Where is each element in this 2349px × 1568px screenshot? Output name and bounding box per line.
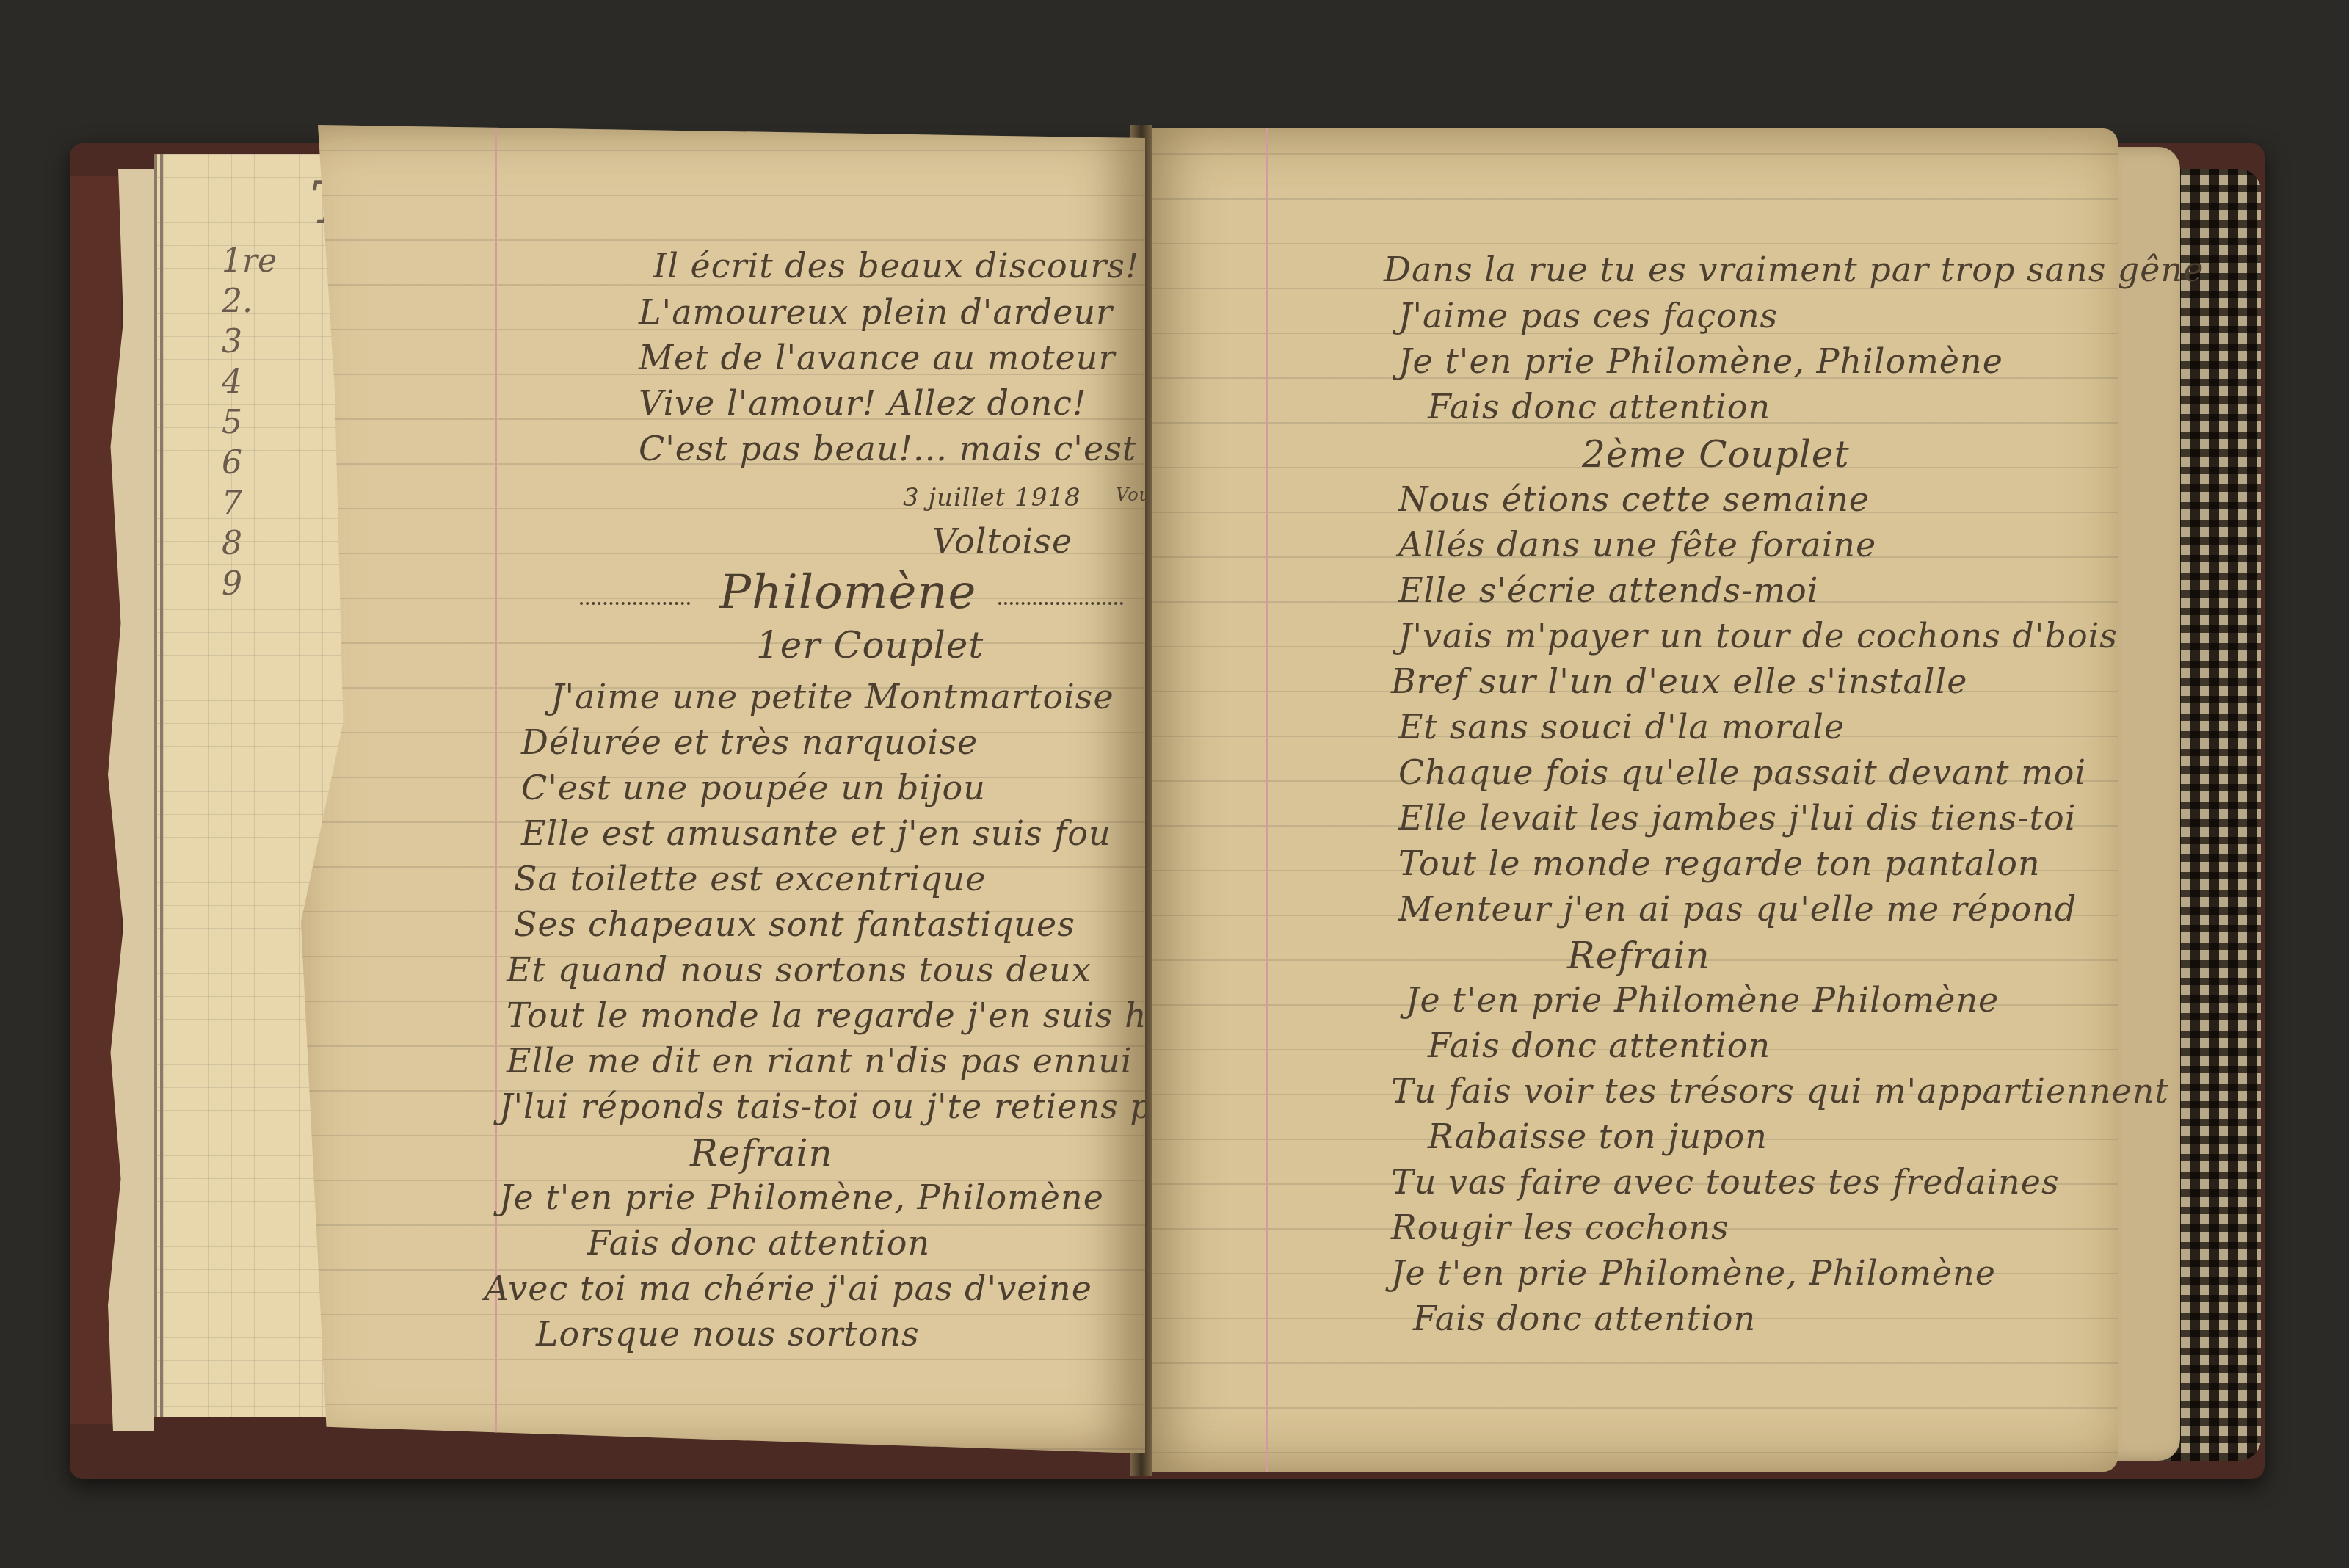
verse-line: Ses chapeaux sont fantastiques: [514, 904, 1075, 944]
verse-line: Bref sur l'un d'eux elle s'installe: [1391, 661, 1968, 701]
index-number: 8: [222, 525, 242, 562]
refrain-line: Avec toi ma chérie j'ai pas d'veine: [484, 1268, 1092, 1308]
verse-line: Nous étions cette semaine: [1398, 479, 1870, 519]
refrain-line: Je t'en prie Philomène Philomène: [1406, 980, 1999, 1020]
refrain-line: Rougir les cochons: [1391, 1208, 1729, 1247]
verse-heading: 1er Couplet: [756, 624, 984, 667]
margin-line: [495, 125, 497, 1453]
verse-line: Et quand nous sortons tous deux: [507, 950, 1092, 990]
verse-line: Délurée et très narquoise: [521, 722, 978, 762]
verse-line: Menteur j'en ai pas qu'elle me répond: [1398, 889, 2077, 929]
text-line: Fais donc attention: [1428, 387, 1771, 427]
verse-line: Elle est amusante et j'en suis fou: [521, 813, 1111, 853]
verse-heading: 2ème Couplet: [1582, 433, 1850, 476]
index-number: 3: [222, 323, 242, 360]
refrain-heading: Refrain: [1567, 934, 1710, 977]
verse-line: Et sans souci d'la morale: [1398, 707, 1845, 747]
left-page: Il écrit des beaux discours! L'amoureux …: [301, 125, 1145, 1453]
signature: Voltoise: [932, 521, 1072, 561]
text-line: Vive l'amour! Allez donc!: [639, 383, 1087, 423]
title-flourish-left: [580, 602, 690, 605]
verse-line: J'vais m'payer un tour de cochons d'bois: [1398, 616, 2118, 656]
text-line: J'aime pas ces façons: [1398, 296, 1778, 335]
margin-line: [1266, 128, 1268, 1472]
verse-line: Elle levait les jambes j'lui dis tiens-t…: [1398, 798, 2076, 838]
right-page: Dans la rue tu es vraiment par trop sans…: [1141, 128, 2118, 1472]
text-line: Dans la rue tu es vraiment par trop sans…: [1384, 250, 2204, 289]
refrain-line: Fais donc attention: [1428, 1026, 1771, 1065]
verse-line: Tout le monde regarde ton pantalon: [1398, 843, 2041, 883]
verse-line: Sa toilette est excentrique: [514, 859, 986, 899]
refrain-line: Tu fais voir tes trésors qui m'appartien…: [1391, 1071, 2169, 1111]
refrain-line: Tu vas faire avec toutes tes fredaines: [1391, 1162, 2060, 1202]
date: 3 juillet 1918: [903, 483, 1081, 512]
index-number: 2.: [222, 283, 253, 320]
index-number: 9: [222, 565, 242, 603]
verse-line: C'est une poupée un bijou: [521, 768, 986, 807]
refrain-line: Je t'en prie Philomène, Philomène: [1391, 1253, 1996, 1293]
text-line: Il écrit des beaux discours!: [653, 246, 1139, 286]
refrain-line: Rabaisse ton jupon: [1428, 1117, 1768, 1156]
index-number: 1re: [222, 242, 277, 280]
title-flourish-right: [998, 602, 1123, 605]
index-number: 4: [222, 363, 242, 401]
text-line: L'amoureux plein d'ardeur: [639, 292, 1113, 332]
text-line: Met de l'avance au moteur: [639, 338, 1115, 377]
index-number: 6: [222, 444, 242, 482]
refrain-line: Fais donc attention: [1413, 1299, 1756, 1338]
refrain-line: Fais donc attention: [587, 1223, 930, 1263]
verse-line: Allés dans une fête foraine: [1398, 525, 1876, 565]
verse-line: Chaque fois qu'elle passait devant moi: [1398, 752, 2086, 792]
verse-line: J'lui réponds tais-toi ou j'te retiens p…: [499, 1086, 1205, 1126]
refrain-line: Lorsque nous sortons: [536, 1314, 920, 1354]
index-number: 7: [222, 484, 242, 522]
verse-line: Elle me dit en riant n'dis pas ennui: [507, 1041, 1132, 1081]
text-line: C'est pas beau!... mais c'est bon: [639, 429, 1214, 468]
text-line: Je t'en prie Philomène, Philomène: [1398, 341, 2003, 381]
verse-line: Elle s'écrie attends-moi: [1398, 570, 1819, 610]
index-number: 5: [222, 404, 242, 441]
verse-line: J'aime une petite Montmartoise: [551, 677, 1114, 716]
refrain-heading: Refrain: [690, 1132, 833, 1175]
refrain-line: Je t'en prie Philomène, Philomène: [499, 1177, 1104, 1217]
song-title: Philomène: [719, 565, 976, 620]
